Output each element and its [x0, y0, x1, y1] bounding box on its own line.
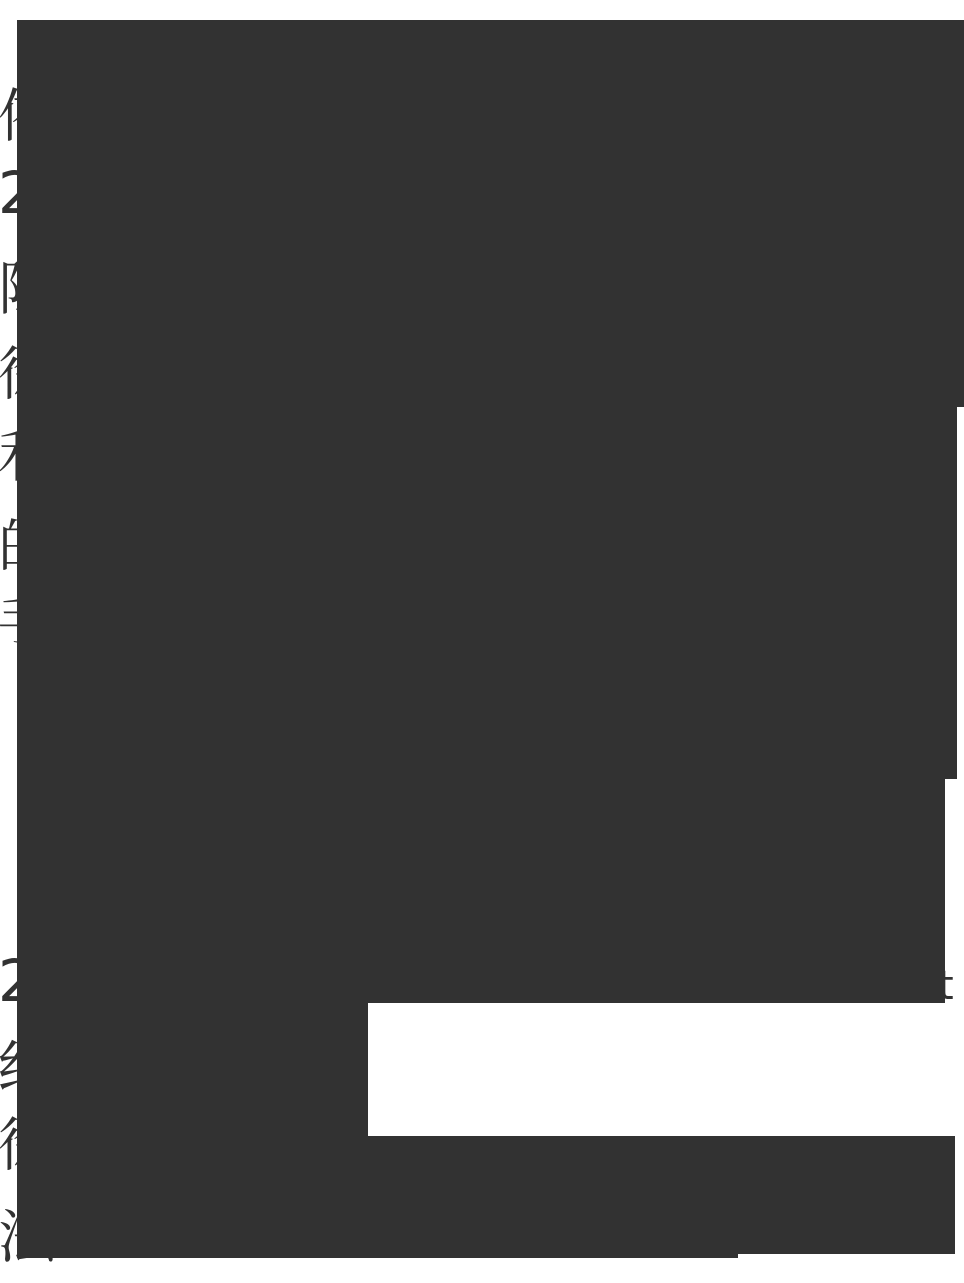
- dark-overlay-region: [17, 1003, 368, 1136]
- dark-overlay-region: [17, 407, 957, 779]
- dark-overlay-region: [17, 20, 964, 407]
- dark-overlay-region: [17, 1136, 955, 1254]
- document-page: 依2陈徐利的手（（（2经徐法t: [0, 0, 964, 1283]
- dark-overlay-region: [17, 1254, 738, 1258]
- dark-overlay-region: [17, 779, 945, 1003]
